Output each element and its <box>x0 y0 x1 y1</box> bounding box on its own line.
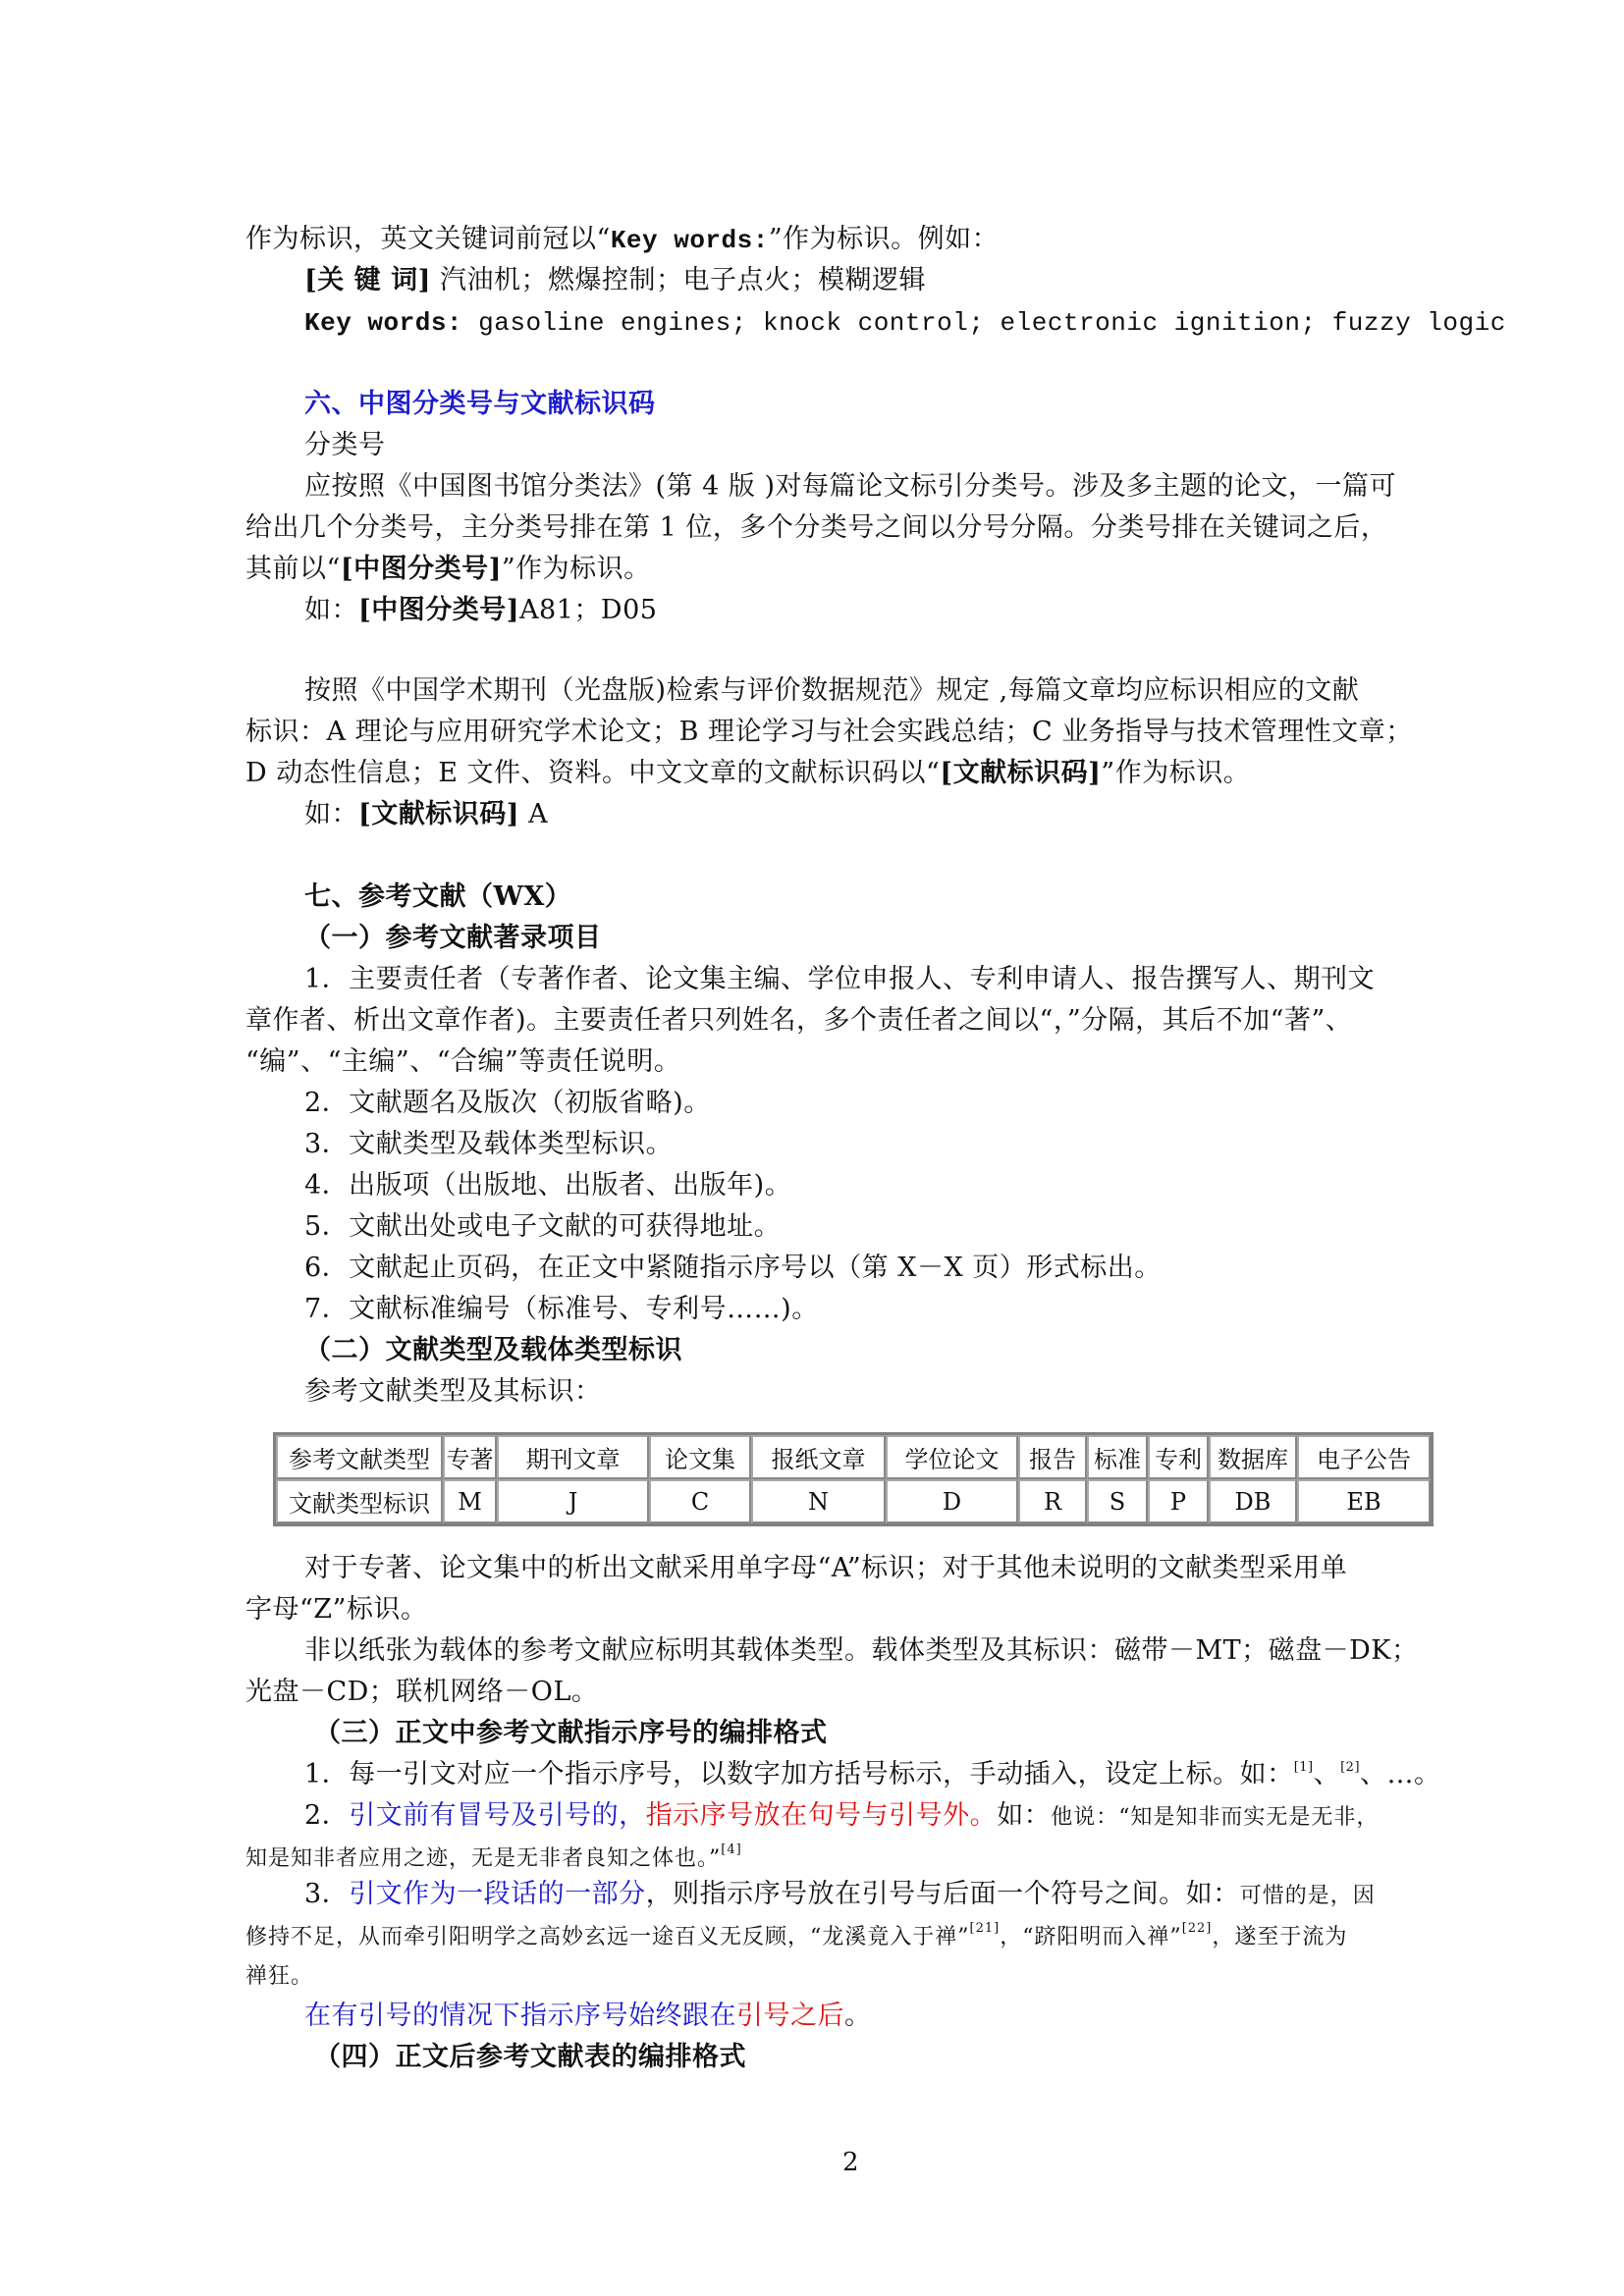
citation-superscript: [1] <box>1294 1760 1314 1775</box>
sub1-item1-line2: 章作者、析出文章作者)。主要责任者只列姓名，多个责任者之间以“，”分隔，其后不加… <box>245 1003 1352 1039</box>
text: D 动态性信息；E 文件、资料。中文文章的文献标识码以“ <box>245 758 940 788</box>
section7-title: 七、参考文献（WX） <box>304 880 571 915</box>
table-cell: 标准 <box>1087 1435 1148 1479</box>
cn-keywords-line: [关 键 词] 汽油机；燃爆控制；电子点火；模糊逻辑 <box>304 263 926 298</box>
document-page: 作为标识，英文关键词前冠以“Key words:”作为标识。例如： [关 键 词… <box>0 0 1624 2296</box>
table-cell: J <box>497 1479 649 1523</box>
keywords-intro-text: 作为标识，英文关键词前冠以“ <box>245 224 611 254</box>
citation-superscript: [22] <box>1182 1921 1213 1936</box>
en-keywords-value: gasoline engines; knock control; electro… <box>462 308 1506 338</box>
highlight-red: 引号之后 <box>736 2001 844 2031</box>
sub1-item: 3．文献类型及载体类型标识。 <box>304 1127 673 1162</box>
sub3-item1: 1．每一引文对应一个指示序号，以数字加方括号标示，手动插入，设定上标。如：[1]… <box>304 1757 1441 1792</box>
text: ”作为标识。 <box>502 554 651 584</box>
table-row: 参考文献类型 专著 期刊文章 论文集 报纸文章 学位论文 报告 标准 专利 数据… <box>276 1435 1431 1479</box>
table-cell: 期刊文章 <box>497 1435 649 1479</box>
citation-superscript: [21] <box>970 1921 1001 1936</box>
table-cell: 文献类型标识 <box>276 1479 443 1523</box>
table-cell: M <box>443 1479 497 1523</box>
text: ”作为标识。 <box>1101 758 1250 788</box>
table-cell: 专著 <box>443 1435 497 1479</box>
section6-p1-line2: 给出几个分类号，主分类号排在第 1 位，多个分类号之间以分号分隔。分类号排在关键… <box>245 510 1387 546</box>
doc-code-value: A <box>519 799 548 829</box>
table-cell: 专利 <box>1148 1435 1209 1479</box>
sub3-note: 在有引号的情况下指示序号始终跟在引号之后。 <box>304 1999 872 2034</box>
sub1-item1-line1: 1．主要责任者（专著作者、论文集主编、学位申报人、专利申请人、报告撰写人、期刊文 <box>304 962 1375 997</box>
example-text: ，“跻阳明而入禅” <box>1000 1925 1182 1949</box>
clc-value: A81；D05 <box>519 595 657 625</box>
sub1-item1-line3: “编”、“主编”、“合编”等责任说明。 <box>245 1044 680 1080</box>
reference-type-table: 参考文献类型 专著 期刊文章 论文集 报纸文章 学位论文 报告 标准 专利 数据… <box>273 1432 1434 1526</box>
sub1-item: 2．文献题名及版次（初版省略)。 <box>304 1086 711 1121</box>
text: 如： <box>304 595 358 625</box>
table-cell: DB <box>1209 1479 1297 1523</box>
sub2-p2-line1: 非以纸张为载体的参考文献应标明其载体类型。载体类型及其标识：磁带－MT；磁盘－D… <box>304 1633 1418 1669</box>
text: 。 <box>844 2001 872 2031</box>
clc-label: [中图分类号] <box>358 595 519 625</box>
highlight-red: 指示序号放在句号与引号外。 <box>646 1800 998 1831</box>
sub2-p1-line2: 字母“Z”标识。 <box>245 1592 427 1628</box>
sub3-item3-line2: 修持不足，从而牵引阳明学之高妙玄远一途百义无反顾，“龙溪竟入于禅”[21]，“跻… <box>245 1920 1347 1955</box>
section7-sub3-title: （三）正文中参考文献指示序号的编排格式 <box>314 1716 828 1751</box>
clc-label: [中图分类号] <box>341 554 502 584</box>
sub3-item3-line3: 禅狂。 <box>245 1959 313 1995</box>
section6-p2-line1: 按照《中国学术期刊（光盘版)检索与评价数据规范》规定 ,每篇文章均应标识相应的文… <box>304 673 1359 709</box>
text: ，则指示序号放在引号与后面一个符号之间。如： <box>646 1879 1240 1909</box>
sub2-p2-line2: 光盘－CD；联机网络－OL。 <box>245 1675 598 1710</box>
highlight-blue: 在有引号的情况下指示序号始终跟在 <box>304 2001 736 2031</box>
section7-sub4-title: （四）正文后参考文献表的编排格式 <box>314 2040 746 2075</box>
keywords-intro: 作为标识，英文关键词前冠以“Key words:”作为标识。例如： <box>245 222 999 258</box>
table-cell: D <box>886 1479 1018 1523</box>
section6-subtitle: 分类号 <box>304 428 386 463</box>
table-cell: 学位论文 <box>886 1435 1018 1479</box>
table-cell: N <box>751 1479 886 1523</box>
table-cell: EB <box>1297 1479 1431 1523</box>
keywords-intro-bold: Key words: <box>611 226 769 255</box>
table-cell: C <box>649 1479 751 1523</box>
sub3-item3: 3．引文作为一段话的一部分，则指示序号放在引号与后面一个符号之间。如：可惜的是，… <box>304 1877 1376 1914</box>
en-keywords-label: Key words: <box>304 308 462 338</box>
section6-example2: 如：[文献标识码] A <box>304 797 548 832</box>
table-cell: R <box>1018 1479 1087 1523</box>
section6-title: 六、中图分类号与文献标识码 <box>304 387 656 422</box>
section6-p2-line2: 标识：A 理论与应用研究学术论文；B 理论学习与社会实践总结；C 业务指导与技术… <box>245 715 1413 750</box>
section6-p1-line3: 其前以“[中图分类号]”作为标识。 <box>245 552 651 587</box>
example-text: 知是知非者应用之迹，无是无非者良知之体也。” <box>245 1846 721 1871</box>
citation-superscript: [2] <box>1340 1760 1360 1775</box>
section7-sub2-title: （二）文献类型及载体类型标识 <box>304 1333 682 1368</box>
text: 如： <box>997 1800 1051 1831</box>
section6-p1-line1: 应按照《中国图书馆分类法》(第 4 版 )对每篇论文标引分类号。涉及多主题的论文… <box>304 469 1396 505</box>
table-cell: 电子公告 <box>1297 1435 1431 1479</box>
doc-code-label: [文献标识码] <box>358 799 519 829</box>
example-text: 他说：“知是知非而实无是无非， <box>1051 1805 1379 1830</box>
example-text: ，遂至于流为 <box>1212 1925 1347 1949</box>
text: 如： <box>304 799 358 829</box>
text: 1．每一引文对应一个指示序号，以数字加方括号标示，手动插入，设定上标。如： <box>304 1759 1294 1789</box>
highlight-blue: 引文前有冒号及引号的， <box>349 1800 646 1831</box>
table-cell: 数据库 <box>1209 1435 1297 1479</box>
highlight-blue: 引文作为一段话的一部分 <box>349 1879 646 1909</box>
cn-keywords-label: [关 键 词] <box>304 265 431 295</box>
cn-keywords-value: 汽油机；燃爆控制；电子点火；模糊逻辑 <box>431 265 926 295</box>
table-row: 文献类型标识 M J C N D R S P DB EB <box>276 1479 1431 1523</box>
section7-sub1-title: （一）参考文献著录项目 <box>304 921 602 956</box>
table-cell: 论文集 <box>649 1435 751 1479</box>
example-text: 修持不足，从而牵引阳明学之高妙玄远一途百义无反顾，“龙溪竟入于禅” <box>245 1925 970 1949</box>
table-cell: 报告 <box>1018 1435 1087 1479</box>
text: 2． <box>304 1800 349 1831</box>
table-cell: 参考文献类型 <box>276 1435 443 1479</box>
text: 3． <box>304 1879 349 1909</box>
doc-code-label: [文献标识码] <box>940 758 1101 788</box>
sub1-item: 6．文献起止页码，在正文中紧随指示序号以（第 X－X 页）形式标出。 <box>304 1251 1162 1286</box>
text: 、…。 <box>1360 1759 1441 1789</box>
example-text: 可惜的是，因 <box>1240 1884 1376 1908</box>
table-cell: 报纸文章 <box>751 1435 886 1479</box>
section6-example1: 如：[中图分类号]A81；D05 <box>304 593 657 628</box>
en-keywords-line: Key words: gasoline engines; knock contr… <box>304 304 1506 341</box>
sub1-item: 4．出版项（出版地、出版者、出版年)。 <box>304 1168 791 1203</box>
sub3-item2: 2．引文前有冒号及引号的，指示序号放在句号与引号外。如：他说：“知是知非而实无是… <box>304 1798 1379 1836</box>
citation-superscript: [4] <box>721 1842 741 1857</box>
section6-p2-line3: D 动态性信息；E 文件、资料。中文文章的文献标识码以“[文献标识码]”作为标识… <box>245 756 1250 791</box>
keywords-intro-text-end: ”作为标识。例如： <box>769 224 999 254</box>
text: 、 <box>1314 1759 1341 1789</box>
text: 其前以“ <box>245 554 341 584</box>
table-intro: 参考文献类型及其标识： <box>304 1374 602 1410</box>
sub2-p1-line1: 对于专著、论文集中的析出文献采用单字母“A”标识；对于其他未说明的文献类型采用单 <box>304 1551 1347 1586</box>
sub1-item: 5．文献出处或电子文献的可获得地址。 <box>304 1209 781 1245</box>
page-number: 2 <box>842 2148 859 2177</box>
table-cell: P <box>1148 1479 1209 1523</box>
sub1-item: 7．文献标准编号（标准号、专利号……)。 <box>304 1292 819 1327</box>
table-cell: S <box>1087 1479 1148 1523</box>
sub3-item2-line2: 知是知非者应用之迹，无是无非者良知之体也。”[4] <box>245 1842 742 1877</box>
